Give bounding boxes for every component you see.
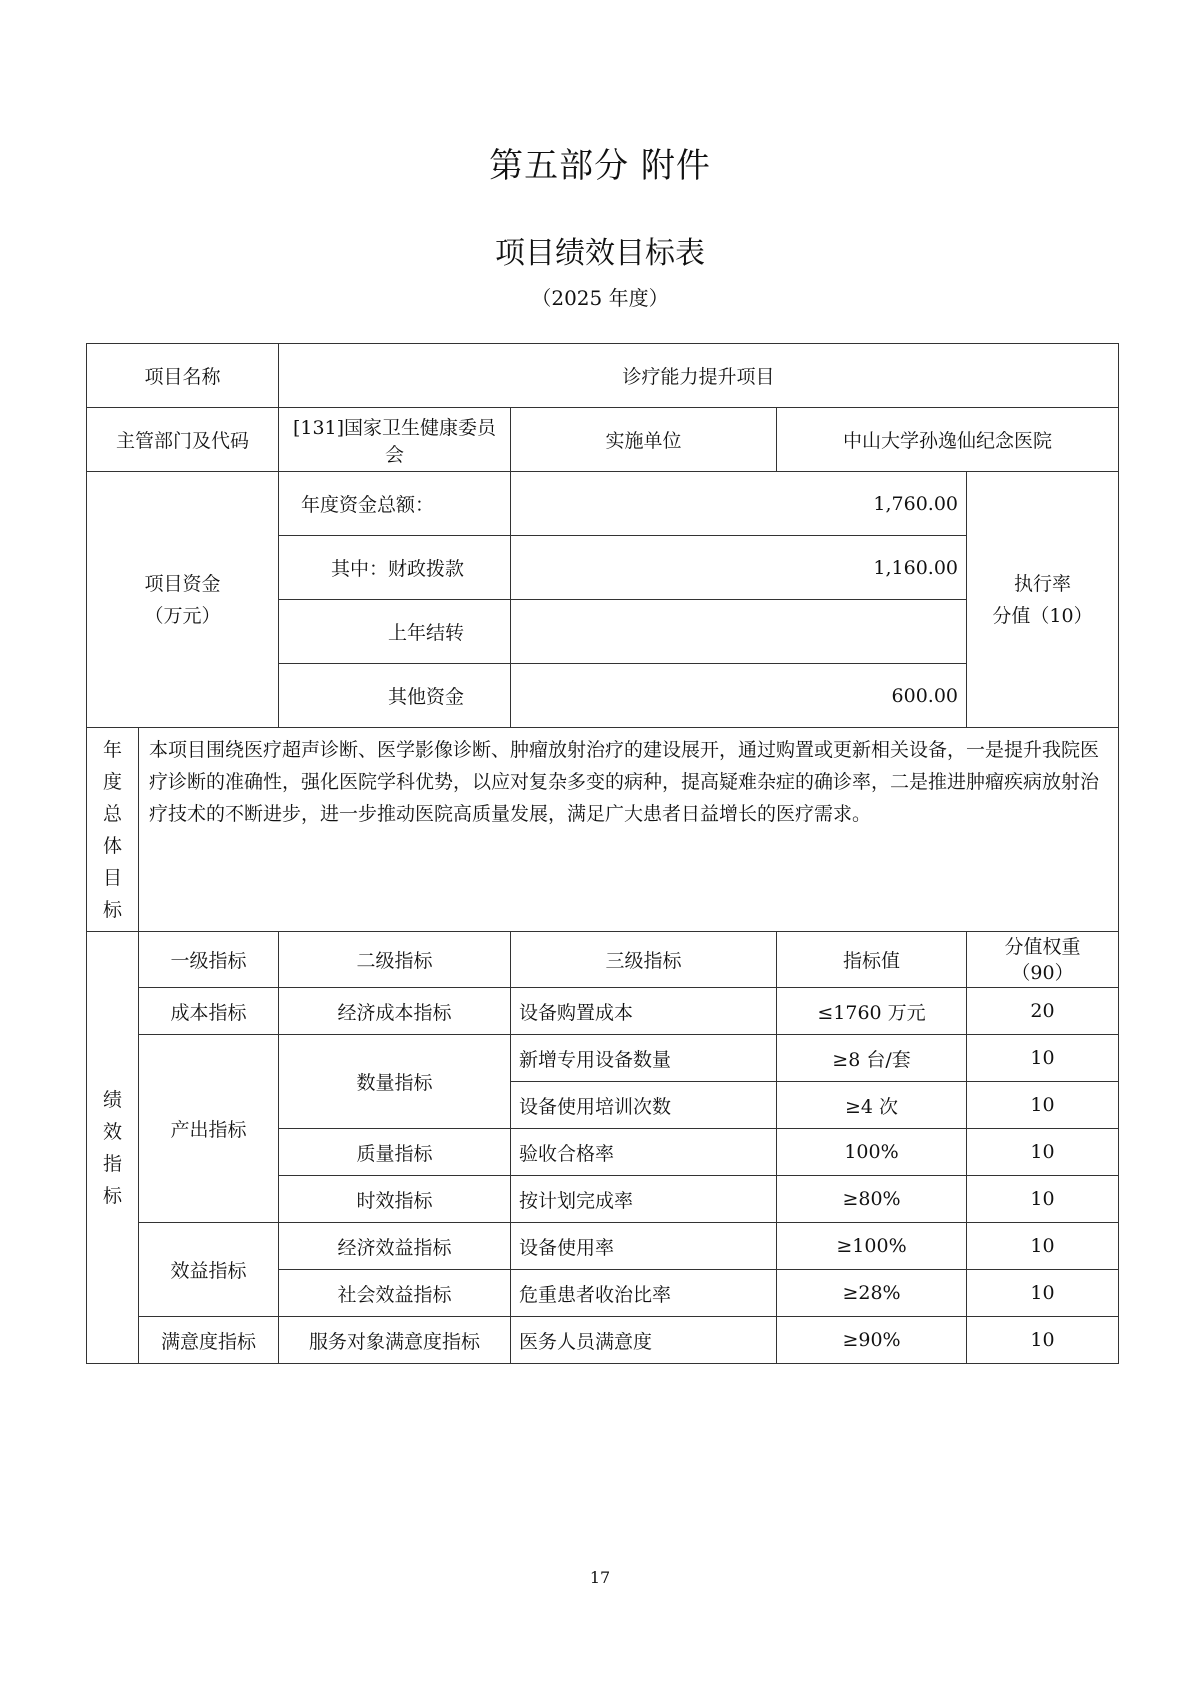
l2-cell: 经济成本指标 <box>279 988 511 1035</box>
header-weight-line2: （90） <box>975 960 1110 986</box>
header-l3: 三级指标 <box>511 932 777 988</box>
l2-cell: 数量指标 <box>279 1035 511 1129</box>
l3-cell: 设备使用率 <box>511 1223 777 1270</box>
funds-label: 项目资金 （万元） <box>87 472 279 728</box>
goal-char: 度 <box>87 766 138 798</box>
performance-table: 项目名称 诊疗能力提升项目 主管部门及代码 [131]国家卫生健康委员会 实施单… <box>86 343 1119 1364</box>
funds-carryover-value <box>511 600 967 664</box>
exec-rate-line1: 执行率 <box>975 568 1110 600</box>
weight-cell: 20 <box>967 988 1119 1035</box>
funds-total-label: 年度资金总额： <box>279 472 511 536</box>
l3-cell: 设备使用培训次数 <box>511 1082 777 1129</box>
l3-cell: 新增专用设备数量 <box>511 1035 777 1082</box>
value-cell: ≥8 台/套 <box>777 1035 967 1082</box>
funds-total-value: 1,760.00 <box>511 472 967 536</box>
page-number: 17 <box>0 1568 1200 1587</box>
goal-char: 目 <box>87 862 138 894</box>
funds-carryover-label: 上年结转 <box>279 600 511 664</box>
project-name-label: 项目名称 <box>87 344 279 408</box>
unit-label: 实施单位 <box>511 408 777 472</box>
indicator-char: 标 <box>87 1180 138 1212</box>
value-cell: ≥100% <box>777 1223 967 1270</box>
l2-cell: 经济效益指标 <box>279 1223 511 1270</box>
value-cell: ≥28% <box>777 1270 967 1317</box>
funds-label-line2: （万元） <box>95 600 270 632</box>
weight-cell: 10 <box>967 1129 1119 1176</box>
l2-cell: 质量指标 <box>279 1129 511 1176</box>
l1-cell: 满意度指标 <box>139 1317 279 1364</box>
goal-char: 总 <box>87 798 138 830</box>
l3-cell: 验收合格率 <box>511 1129 777 1176</box>
l2-cell: 社会效益指标 <box>279 1270 511 1317</box>
funds-other-label: 其他资金 <box>279 664 511 728</box>
indicator-char: 绩 <box>87 1084 138 1116</box>
exec-rate: 执行率 分值（10） <box>967 472 1119 728</box>
value-cell: ≥90% <box>777 1317 967 1364</box>
weight-cell: 10 <box>967 1082 1119 1129</box>
funds-fiscal-value: 1,160.00 <box>511 536 967 600</box>
goal-char: 年 <box>87 734 138 766</box>
table-title: 项目绩效目标表 <box>0 228 1200 272</box>
l3-cell: 危重患者收治比率 <box>511 1270 777 1317</box>
goal-char: 标 <box>87 894 138 926</box>
l3-cell: 设备购置成本 <box>511 988 777 1035</box>
indicator-char: 效 <box>87 1116 138 1148</box>
weight-cell: 10 <box>967 1223 1119 1270</box>
goal-text: 本项目围绕医疗超声诊断、医学影像诊断、肿瘤放射治疗的建设展开，通过购置或更新相关… <box>139 728 1119 932</box>
indicators-label: 绩 效 指 标 <box>87 932 139 1364</box>
weight-cell: 10 <box>967 1176 1119 1223</box>
weight-cell: 10 <box>967 1270 1119 1317</box>
table-row: 产出指标 数量指标 新增专用设备数量 ≥8 台/套 10 <box>87 1035 1119 1082</box>
value-cell: ≥4 次 <box>777 1082 967 1129</box>
funds-label-line1: 项目资金 <box>95 568 270 600</box>
table-row: 效益指标 经济效益指标 设备使用率 ≥100% 10 <box>87 1223 1119 1270</box>
table-row: 满意度指标 服务对象满意度指标 医务人员满意度 ≥90% 10 <box>87 1317 1119 1364</box>
l1-cell: 效益指标 <box>139 1223 279 1317</box>
part-title: 第五部分 附件 <box>0 138 1200 187</box>
value-cell: ≥80% <box>777 1176 967 1223</box>
indicator-char: 指 <box>87 1148 138 1180</box>
table-row: 成本指标 经济成本指标 设备购置成本 ≤1760 万元 20 <box>87 988 1119 1035</box>
header-l2: 二级指标 <box>279 932 511 988</box>
l1-cell: 产出指标 <box>139 1035 279 1223</box>
funds-other-value: 600.00 <box>511 664 967 728</box>
funds-fiscal-label: 其中：财政拨款 <box>279 536 511 600</box>
header-weight: 分值权重 （90） <box>967 932 1119 988</box>
dept-label: 主管部门及代码 <box>87 408 279 472</box>
weight-cell: 10 <box>967 1317 1119 1364</box>
l3-cell: 按计划完成率 <box>511 1176 777 1223</box>
goal-char: 体 <box>87 830 138 862</box>
header-weight-line1: 分值权重 <box>975 934 1110 960</box>
l1-cell: 成本指标 <box>139 988 279 1035</box>
value-cell: ≤1760 万元 <box>777 988 967 1035</box>
l3-cell: 医务人员满意度 <box>511 1317 777 1364</box>
year-subtitle: （2025 年度） <box>0 282 1200 311</box>
l2-cell: 服务对象满意度指标 <box>279 1317 511 1364</box>
dept-value: [131]国家卫生健康委员会 <box>279 408 511 472</box>
unit-value: 中山大学孙逸仙纪念医院 <box>777 408 1119 472</box>
l2-cell: 时效指标 <box>279 1176 511 1223</box>
header-value: 指标值 <box>777 932 967 988</box>
weight-cell: 10 <box>967 1035 1119 1082</box>
header-l1: 一级指标 <box>139 932 279 988</box>
project-name: 诊疗能力提升项目 <box>279 344 1119 408</box>
goal-label: 年 度 总 体 目 标 <box>87 728 139 932</box>
value-cell: 100% <box>777 1129 967 1176</box>
exec-rate-line2: 分值（10） <box>975 600 1110 632</box>
